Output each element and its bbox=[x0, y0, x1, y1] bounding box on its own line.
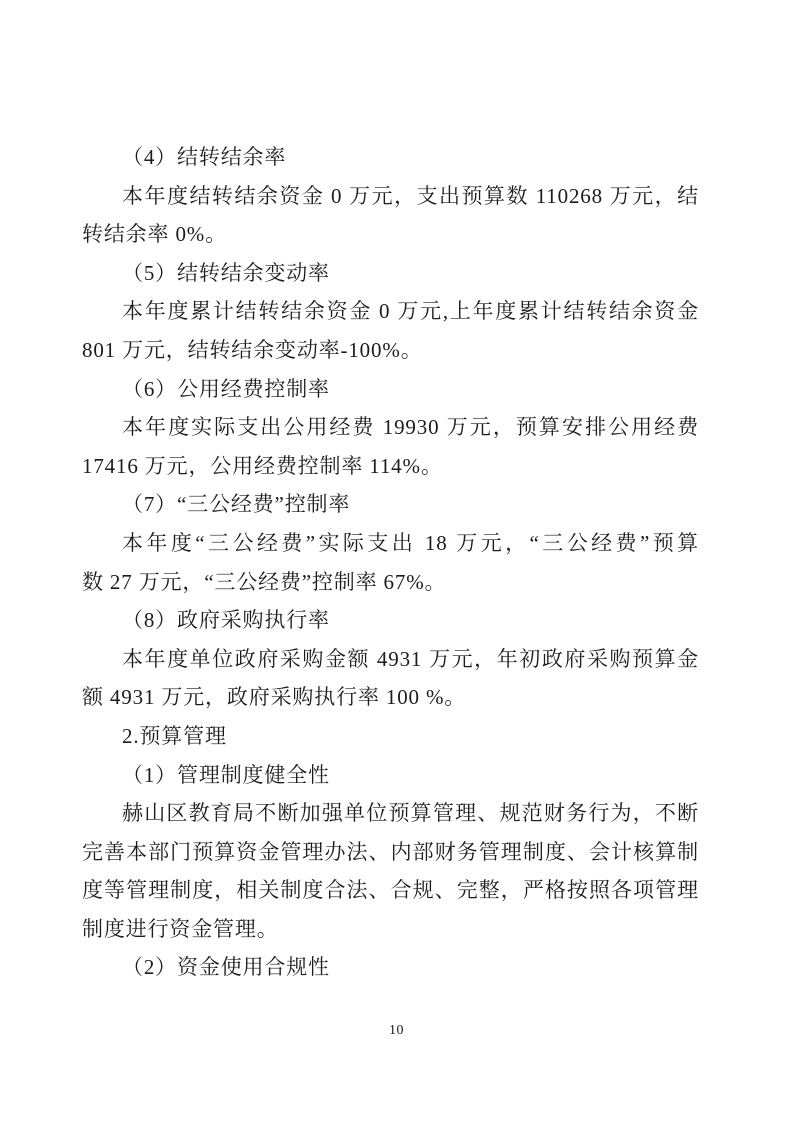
text-line: 本年度结转结余资金 0 万元，支出预算数 110268 万元，结 bbox=[82, 177, 699, 216]
text-line: 额 4931 万元，政府采购执行率 100 %。 bbox=[82, 678, 699, 717]
text-line: 2.预算管理 bbox=[82, 717, 699, 756]
text-line: 数 27 万元，“三公经费”控制率 67%。 bbox=[82, 563, 699, 602]
text-line: 本年度单位政府采购金额 4931 万元，年初政府采购预算金 bbox=[82, 640, 699, 679]
text-line: 17416 万元，公用经费控制率 114%。 bbox=[82, 447, 699, 486]
text-line: （6）公用经费控制率 bbox=[82, 370, 699, 409]
text-line: 赫山区教育局不断加强单位预算管理、规范财务行为，不断 bbox=[82, 794, 699, 833]
text-line: 本年度“三公经费”实际支出 18 万元，“三公经费”预算 bbox=[82, 524, 699, 563]
page-number: 10 bbox=[389, 1023, 404, 1038]
text-line: （7）“三公经费”控制率 bbox=[82, 485, 699, 524]
text-line: 制度进行资金管理。 bbox=[82, 910, 699, 949]
page-footer: 10 bbox=[0, 1021, 793, 1040]
text-line: 完善本部门预算资金管理办法、内部财务管理制度、会计核算制 bbox=[82, 833, 699, 872]
text-line: 本年度实际支出公用经费 19930 万元，预算安排公用经费 bbox=[82, 408, 699, 447]
text-line: （4）结转结余率 bbox=[82, 138, 699, 177]
text-line: （2）资金使用合规性 bbox=[82, 948, 699, 987]
text-line: （1）管理制度健全性 bbox=[82, 756, 699, 795]
text-line: （8）政府采购执行率 bbox=[82, 601, 699, 640]
text-line: 度等管理制度，相关制度合法、合规、完整，严格按照各项管理 bbox=[82, 871, 699, 910]
text-line: 转结余率 0%。 bbox=[82, 215, 699, 254]
text-line: （5）结转结余变动率 bbox=[82, 254, 699, 293]
document-lines: （4）结转结余率本年度结转结余资金 0 万元，支出预算数 110268 万元，结… bbox=[82, 138, 699, 987]
text-line: 本年度累计结转结余资金 0 万元,上年度累计结转结余资金 bbox=[82, 292, 699, 331]
text-line: 801 万元，结转结余变动率-100%。 bbox=[82, 331, 699, 370]
document-page: （4）结转结余率本年度结转结余资金 0 万元，支出预算数 110268 万元，结… bbox=[0, 0, 793, 1122]
